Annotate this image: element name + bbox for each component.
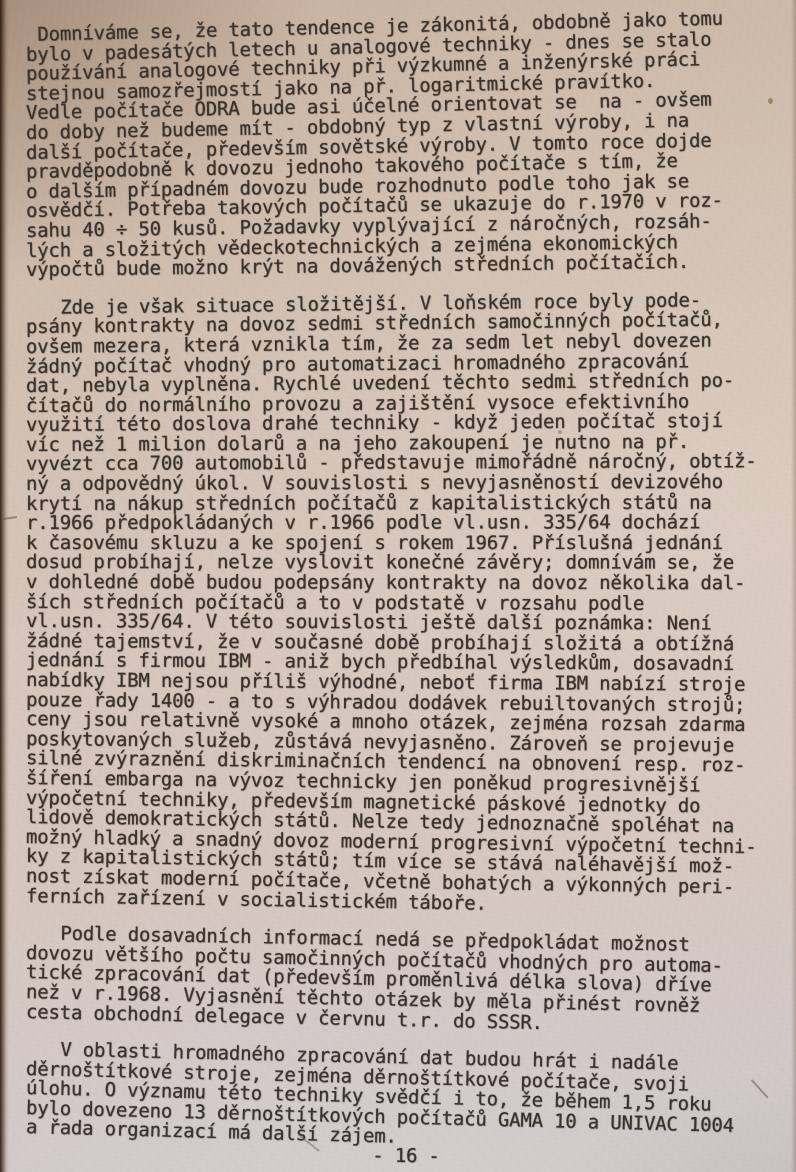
- scanned-page: Domníváme se, že tato tendence je zákoni…: [0, 0, 796, 1172]
- paragraph: Zde je však situace složitější. V loňské…: [26, 299, 786, 906]
- text-line: r.1966 předpokládaných v r.1966 podle vl…: [26, 513, 786, 533]
- page-text: Domníváme se, že tato tendence je zákoni…: [26, 26, 786, 1167]
- paragraph: Domníváme se, že tato tendence je zákoni…: [26, 26, 786, 281]
- page-edge-shadow-left: [0, 0, 9, 1172]
- paragraph: V oblasti hromadného zpracování dat budo…: [26, 1040, 786, 1138]
- page-edge-shadow-right: [791, 0, 796, 1172]
- stray-dash-mark: [3, 516, 17, 520]
- paragraph: Podle dosavadních informací nedá se před…: [26, 924, 786, 1022]
